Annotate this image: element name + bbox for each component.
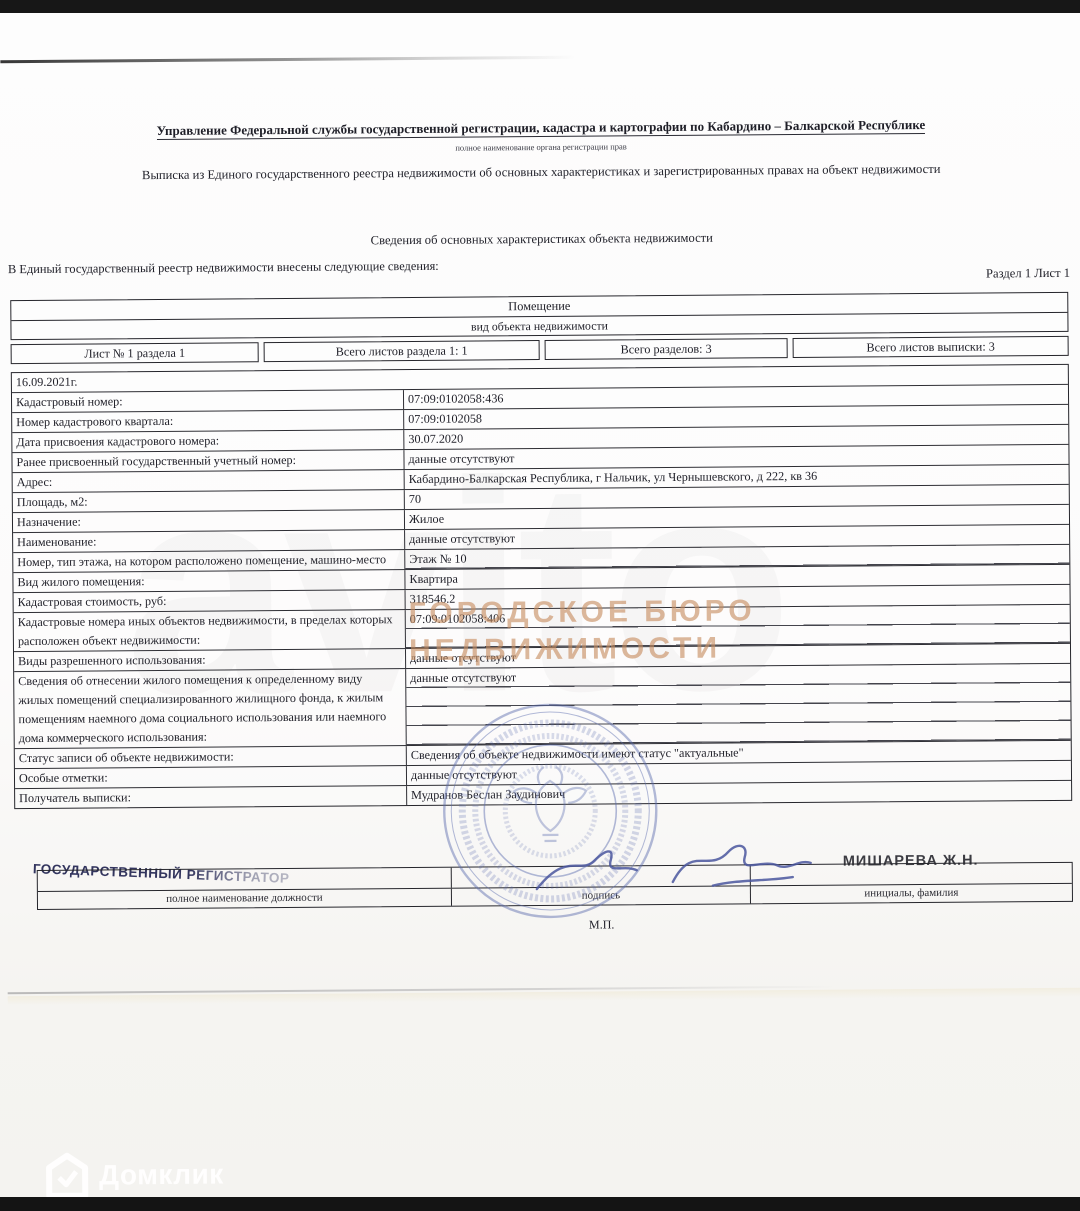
table-row-label: Кадастровый номер: bbox=[12, 390, 404, 412]
screenshot-bottom-bar bbox=[0, 1197, 1080, 1211]
section-title: Сведения об основных характеристиках объ… bbox=[42, 228, 1042, 251]
sheet-reference: Раздел 1 Лист 1 bbox=[986, 266, 1070, 282]
screenshot-top-bar bbox=[0, 0, 1080, 13]
table-row-label: Особые отметки: bbox=[15, 766, 407, 788]
table-row-label: Получатель выписки: bbox=[15, 786, 407, 808]
authority-title: Управление Федеральной службы государств… bbox=[41, 116, 1041, 140]
intro-text: В Единый государственный реестр недвижим… bbox=[8, 259, 439, 277]
sheet-summary-row: Лист № 1 раздела 1 Всего листов раздела … bbox=[11, 336, 1069, 364]
position-caption: полное наименование должности bbox=[38, 889, 452, 909]
document-page: Управление Федеральной службы государств… bbox=[0, 9, 1080, 1201]
page-top-edge-shadow bbox=[0, 56, 575, 63]
domclick-watermark: Домклик bbox=[45, 1151, 224, 1200]
domclick-watermark-label: Домклик bbox=[99, 1159, 224, 1192]
sheet-cell: Всего листов выписки: 3 bbox=[793, 336, 1069, 358]
agency-watermark-line2: НЕДВИЖИМОСТИ bbox=[409, 629, 789, 669]
domclick-house-icon bbox=[45, 1152, 89, 1200]
agency-watermark-line1: ГОРОДСКОЕ БЮРО bbox=[409, 592, 789, 632]
sheet-cell: Всего разделов: 3 bbox=[545, 338, 788, 360]
sheet-cell: Всего листов раздела 1: 1 bbox=[264, 340, 540, 362]
document-title: Выписка из Единого государственного реес… bbox=[21, 161, 1061, 184]
object-type-table: Помещение вид объекта недвижимости bbox=[10, 292, 1068, 340]
agency-watermark: ГОРОДСКОЕ БЮРО НЕДВИЖИМОСТИ bbox=[409, 592, 790, 669]
authority-caption: полное наименование органа регистрации п… bbox=[41, 138, 1041, 156]
registrar-signature bbox=[476, 828, 897, 911]
sheet-cell: Лист № 1 раздела 1 bbox=[11, 342, 259, 364]
authority-title-text: Управление Федеральной службы государств… bbox=[156, 117, 925, 140]
